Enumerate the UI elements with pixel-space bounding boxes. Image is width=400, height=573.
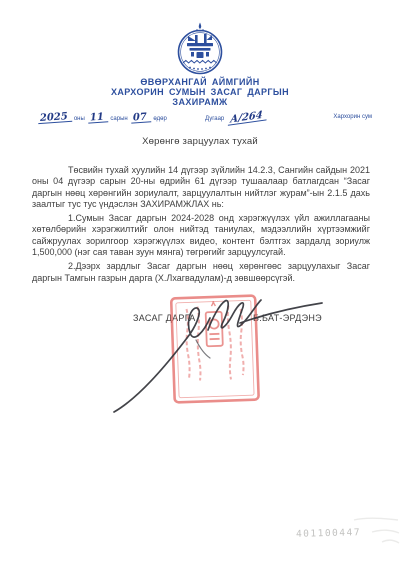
number-group: Дугаар А/264 [205,114,269,123]
place-label: Хархорин сум [333,114,372,120]
month-label: сарын [110,116,127,122]
date-number-line: 2025оны 11сарын 07өдөр Дугаар А/264 Харх… [0,109,400,129]
clause-2-paragraph: 2.Дээрх зардлыг Засаг даргын нөөц хөрөнг… [32,261,370,284]
handwritten-year: 2025 [38,113,72,124]
scanner-noise-marks [352,516,400,550]
letterhead-line3: ЗАХИРАМЖ [0,97,400,107]
letterhead-line2: ХАРХОРИН СУМЫН ЗАСАГ ДАРГЫН [0,87,400,97]
handwritten-signature [100,288,340,420]
handwritten-number: А/264 [228,111,267,126]
day-label: өдөр [153,116,167,122]
kharkhorin-soum-emblem-icon [172,21,228,77]
handwritten-day: 07 [131,113,152,123]
handwritten-month: 11 [88,113,109,123]
document-body: Төсвийн тухай хуулийн 14 дүгээр зүйлийн … [32,165,370,287]
clause-1-paragraph: 1.Сумын Засаг даргын 2024-2028 онд хэрэг… [32,213,370,258]
preamble-paragraph: Төсвийн тухай хуулийн 14 дүгээр зүйлийн … [32,165,370,210]
document-title: Хөрөнгө зарцуулах тухай [0,136,400,147]
date-group: 2025оны 11сарын 07өдөр [36,114,167,123]
number-label: Дугаар [205,116,224,122]
letterhead-line1: ӨВӨРХАНГАЙ АЙМГИЙН [0,77,400,87]
letterhead: ӨВӨРХАНГАЙ АЙМГИЙН ХАРХОРИН СУМЫН ЗАСАГ … [0,77,400,107]
decree-document-page: ӨВӨРХАНГАЙ АЙМГИЙН ХАРХОРИН СУМЫН ЗАСАГ … [0,0,400,573]
year-label: оны [74,116,85,122]
